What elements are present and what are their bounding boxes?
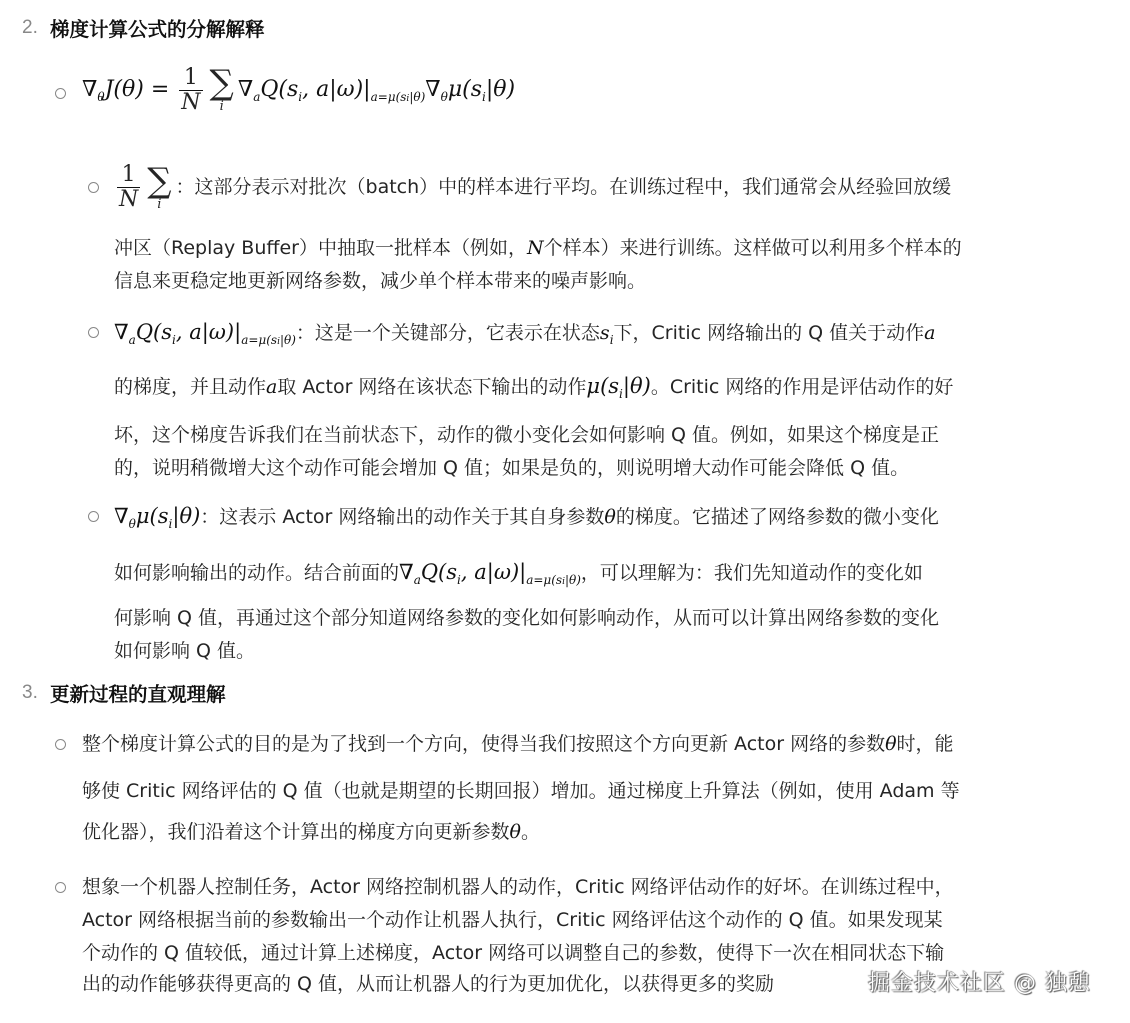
text-line: 何影响 Q 值，再通过这个部分知道网络参数的变化如何影响动作，从而可以计算出网络… — [114, 604, 939, 632]
text-line: 信息来更稳定地更新网络参数，减少单个样本带来的噪声影响。 — [114, 267, 646, 295]
section-title: 梯度计算公式的分解解释 — [50, 14, 265, 42]
list-item-purpose: 整个梯度计算公式的目的是为了找到一个方向，使得当我们按照这个方向更新 Actor… — [82, 730, 954, 758]
bullet-icon — [55, 882, 66, 893]
text-line: 够使 Critic 网络评估的 Q 值（也就是期望的长期回报）增加。通过梯度上升… — [82, 777, 960, 805]
section-2-heading: 2. 梯度计算公式的分解解释 — [22, 12, 265, 44]
text-line: 的，说明稍微增大这个动作可能会增加 Q 值；如果是负的，则说明增大动作可能会降低… — [114, 454, 909, 482]
bullet-icon — [55, 88, 66, 99]
list-item-critic-gradient: ∇aQ(si, a|ω)|a=μ(si|θ)：这是一个关键部分，它表示在状态si… — [114, 318, 935, 356]
section-number: 3. — [22, 682, 50, 704]
text-line: 出的动作能够获得更高的 Q 值，从而让机器人的行为更加优化，以获得更多的奖励 — [82, 970, 774, 998]
text-line: Actor 网络根据当前的参数输出一个动作让机器人执行，Critic 网络评估这… — [82, 906, 943, 934]
text-line: 如何影响 Q 值。 — [114, 637, 255, 665]
text-line: 的梯度，并且动作a取 Actor 网络在该状态下输出的动作μ(si|θ)。Cri… — [114, 372, 953, 408]
bullet-icon — [55, 739, 66, 750]
bullet-icon — [88, 511, 99, 522]
main-formula: ∇θJ(θ) = 1N∑i∇aQ(si, a|ω)|a=μ(si|θ)∇θμ(s… — [82, 58, 515, 131]
bullet-icon — [88, 182, 99, 193]
text-line: 如何影响输出的动作。结合前面的∇aQ(si, a|ω)|a=μ(si|θ)，可以… — [114, 558, 923, 596]
text-line: 个动作的 Q 值较低，通过计算上述梯度，Actor 网络可以调整自己的参数，使得… — [82, 939, 944, 967]
section-3-heading: 3. 更新过程的直观理解 — [22, 677, 226, 709]
text-line: 优化器），我们沿着这个计算出的梯度方向更新参数θ。 — [82, 818, 540, 846]
section-number: 2. — [22, 17, 50, 39]
text-line: 冲区（Replay Buffer）中抽取一批样本（例如，N个样本）来进行训练。这… — [114, 234, 962, 262]
watermark: 掘金技术社区 @ 独憩 — [868, 966, 1091, 997]
list-item-average: 1N∑i：这部分表示对批次（batch）中的样本进行平均。在训练过程中，我们通常… — [114, 150, 951, 224]
bullet-icon — [88, 327, 99, 338]
section-title: 更新过程的直观理解 — [50, 679, 226, 707]
text-line: 坏，这个梯度告诉我们在当前状态下，动作的微小变化会如何影响 Q 值。例如，如果这… — [114, 421, 939, 449]
list-item-actor-gradient: ∇θμ(si|θ)：这表示 Actor 网络输出的动作关于其自身参数θ的梯度。它… — [114, 502, 939, 538]
list-item-robot-example: 想象一个机器人控制任务，Actor 网络控制机器人的动作，Critic 网络评估… — [82, 873, 954, 901]
